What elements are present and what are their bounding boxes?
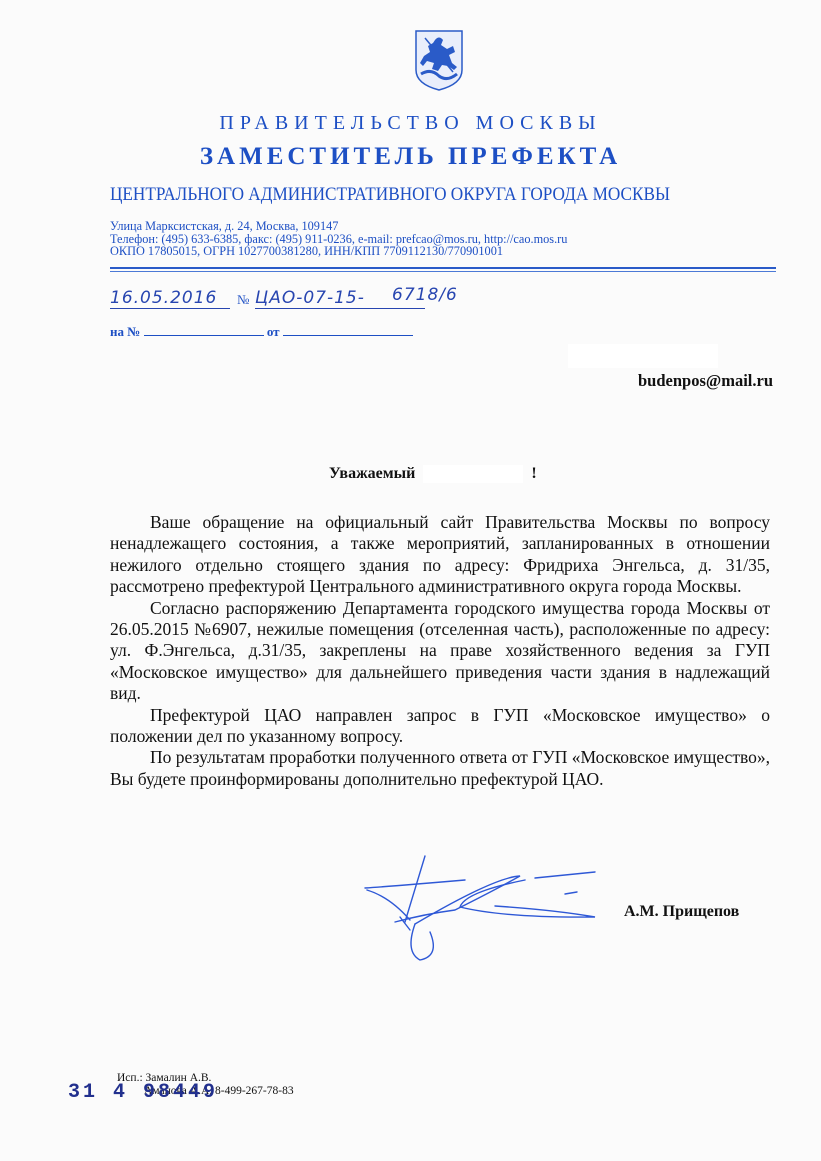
recipient-email: budenpos@mail.ru — [638, 371, 773, 391]
body-paragraph: Согласно распоряжению Департамента город… — [110, 598, 770, 705]
letterhead-divider — [110, 267, 776, 269]
greeting-text: Уважаемый — [329, 465, 415, 482]
redacted-recipient-name — [568, 344, 718, 368]
signatory-name: А.М. Прищепов — [624, 903, 739, 921]
from-label: от — [267, 324, 280, 339]
letterhead-address-block: Улица Марксистская, д. 24, Москва, 10914… — [110, 220, 567, 258]
registration-number-tail: 6718/6 — [392, 285, 458, 305]
letterhead-divider-thin — [110, 271, 776, 272]
registration-number-label: № — [237, 292, 249, 308]
reply-to-blank — [144, 335, 264, 336]
government-title: ПРАВИТЕЛЬСТВО МОСКВЫ — [0, 112, 821, 135]
district-title: ЦЕНТРАЛЬНОГО АДМИНИСТРАТИВНОГО ОКРУГА ГО… — [110, 185, 670, 206]
office-title: ЗАМЕСТИТЕЛЬ ПРЕФЕКТА — [0, 143, 821, 171]
redacted-recipient-greeting-name — [423, 465, 523, 483]
greeting-exclamation: ! — [531, 465, 536, 482]
moscow-coat-of-arms-icon — [413, 28, 465, 92]
body-paragraph: Префектурой ЦАО направлен запрос в ГУП «… — [110, 705, 770, 748]
registration-stamp-number: 31 4 98449 — [68, 1081, 218, 1104]
from-blank — [283, 335, 413, 336]
address-line: Улица Марксистская, д. 24, Москва, 10914… — [110, 220, 567, 233]
reply-to-label: на № — [110, 324, 140, 339]
letter-body: Ваше обращение на официальный сайт Прави… — [110, 512, 770, 790]
registration-date: 16.05.2016 — [110, 288, 230, 309]
body-paragraph: По результатам проработки полученного от… — [110, 747, 770, 790]
codes-line: ОКПО 17805015, ОГРН 1027700381280, ИНН/К… — [110, 245, 567, 258]
reply-reference: на № от — [110, 324, 413, 340]
body-paragraph: Ваше обращение на официальный сайт Прави… — [110, 512, 770, 598]
greeting: Уважаемый ! — [329, 465, 537, 483]
handwritten-signature-icon — [355, 852, 605, 962]
